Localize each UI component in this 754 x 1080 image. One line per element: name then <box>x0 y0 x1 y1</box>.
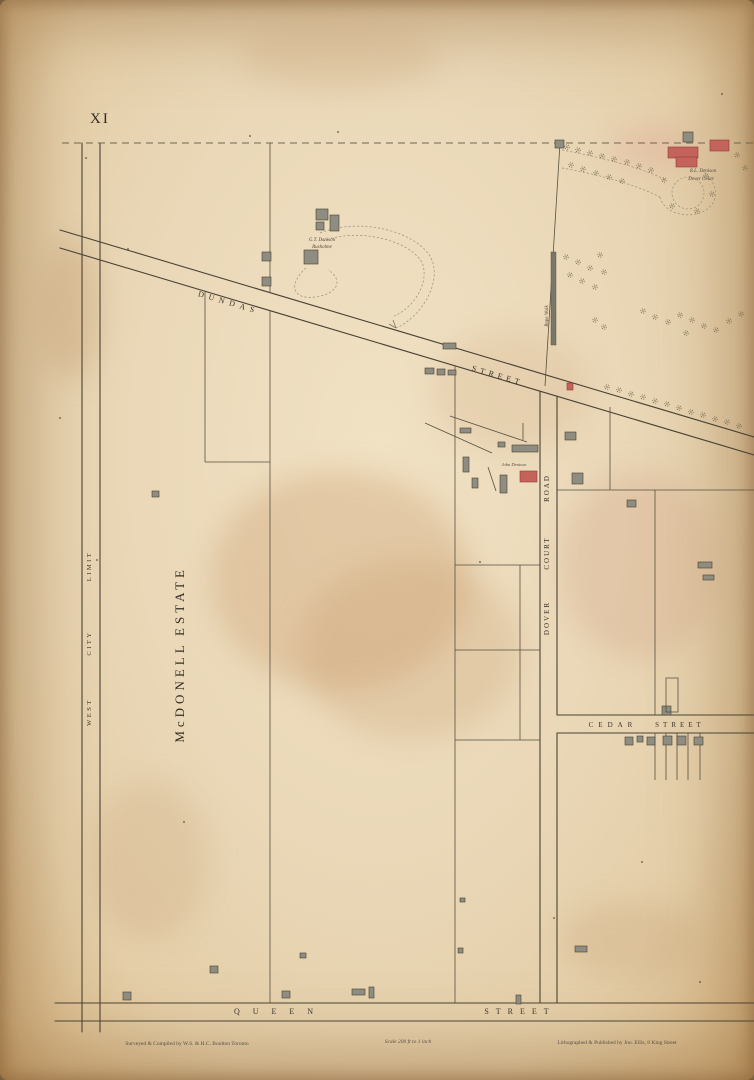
tree-icon <box>595 172 596 173</box>
paper-speck <box>699 981 701 983</box>
tree-icon <box>711 193 712 194</box>
queen-street-suffix-label: STREET <box>484 1007 555 1016</box>
building-gray <box>637 736 643 742</box>
dovercourt-drive-1 <box>562 150 666 180</box>
building-gray <box>694 737 703 745</box>
dover-court-road-label-word-court: COURT <box>543 536 551 569</box>
rope-walk-building <box>551 252 556 345</box>
building-red <box>668 147 698 158</box>
paper-speck <box>127 248 129 250</box>
tree-icon <box>726 421 727 422</box>
building-gray <box>458 948 463 953</box>
dundas-street-line-north <box>60 230 754 437</box>
tree-icon <box>691 319 692 320</box>
paper-speck <box>337 131 339 133</box>
mcdonell-estate-label-word-estate: ESTATE <box>172 566 187 636</box>
tree-icon <box>690 411 691 412</box>
tree-icon <box>603 271 604 272</box>
plate-number: XI <box>90 111 110 127</box>
tree-icon <box>728 320 729 321</box>
rusholme-owner-label: G.T. Denison <box>309 238 336 243</box>
west-city-limit-label-word-city: CITY <box>86 630 93 655</box>
caption-publisher: Lithographed & Published by Jno. Ellis, … <box>557 1040 677 1046</box>
west-city-limit-label-word-west: WEST <box>86 698 93 726</box>
building-gray <box>647 737 655 745</box>
building-gray <box>627 500 636 507</box>
building-gray <box>463 457 469 472</box>
queen-street-label: QUEEN <box>234 1007 326 1016</box>
tree-icon <box>714 418 715 419</box>
tree-icon <box>630 393 631 394</box>
building-gray <box>500 475 507 493</box>
building-gray <box>262 277 271 286</box>
tree-icon <box>569 274 570 275</box>
dovercourt-owner-label: R.L. Denison <box>689 169 717 174</box>
tree-icon <box>565 256 566 257</box>
tree-icon <box>642 310 643 311</box>
tree-icon <box>667 321 668 322</box>
specks-layer <box>59 93 723 983</box>
building-gray <box>575 946 587 952</box>
rusholme-drive-loop <box>295 268 337 297</box>
building-gray <box>448 370 456 375</box>
drive-arrow-icon <box>389 320 396 328</box>
tree-icon <box>738 425 739 426</box>
tree-icon <box>654 316 655 317</box>
tree-icon <box>606 386 607 387</box>
building-gray <box>443 343 456 349</box>
building-red <box>520 471 537 482</box>
building-gray <box>625 737 633 745</box>
building-gray <box>316 222 324 230</box>
paper-speck <box>641 861 643 863</box>
driveway-paths <box>295 150 716 328</box>
paper-speck <box>553 917 555 919</box>
paper-speck <box>249 135 251 137</box>
building-gray <box>316 209 328 220</box>
building-red <box>567 383 573 390</box>
tree-icon <box>638 165 639 166</box>
buildings-layer <box>123 132 729 1004</box>
tree-icon <box>626 161 627 162</box>
tree-icon <box>702 414 703 415</box>
tree-icon <box>577 261 578 262</box>
tree-icon <box>678 407 679 408</box>
tree-icon <box>715 329 716 330</box>
rope-walk-label: Rope Walk <box>545 305 550 328</box>
tree-icon <box>744 167 745 168</box>
dundas-street-line-south <box>60 248 754 455</box>
tree-icon <box>696 210 697 211</box>
building-gray <box>152 491 159 497</box>
tree-icon <box>618 389 619 390</box>
building-gray <box>210 966 218 973</box>
building-gray <box>282 991 290 998</box>
tree-icon <box>603 326 604 327</box>
building-gray <box>425 368 434 374</box>
building-gray <box>663 736 672 745</box>
tree-icon <box>570 164 571 165</box>
tree-icon <box>679 314 680 315</box>
caption-surveyor: Surveyed & Compiled by W.S. & H.C. Boult… <box>125 1041 249 1047</box>
building-gray <box>472 478 478 488</box>
building-red <box>676 157 697 167</box>
tree-icon <box>740 313 741 314</box>
lot-line-short <box>205 291 270 462</box>
paper-speck <box>721 93 723 95</box>
paper-speck <box>479 561 481 563</box>
building-gray <box>703 575 714 580</box>
tree-icon <box>642 396 643 397</box>
building-gray <box>460 898 465 902</box>
tree-icon <box>736 154 737 155</box>
map-canvas: XI DUNDAS STREET QUEEN STREET CEDAR STRE… <box>0 0 754 1080</box>
building-gray <box>662 706 671 715</box>
tree-icon <box>599 254 600 255</box>
building-gray <box>572 473 583 484</box>
building-gray <box>698 562 712 568</box>
trees-layer <box>564 145 747 428</box>
tree-icon <box>601 155 602 156</box>
building-gray <box>330 215 339 231</box>
tree-icon <box>654 400 655 401</box>
tree-icon <box>666 403 667 404</box>
building-gray <box>460 428 471 433</box>
tree-icon <box>703 325 704 326</box>
west-city-limit-label-word-limit: LIMIT <box>86 551 93 582</box>
building-gray <box>677 736 686 745</box>
east-block-lines <box>557 407 754 715</box>
building-red <box>710 140 729 151</box>
cedar-street-label: CEDAR <box>589 721 638 729</box>
tree-icon <box>582 168 583 169</box>
block-division-lines <box>455 565 540 740</box>
tree-icon <box>671 205 672 206</box>
dundas-street-label: DUNDAS <box>197 289 260 316</box>
building-gray <box>565 432 576 440</box>
tree-icon <box>589 267 590 268</box>
tree-icon <box>581 280 582 281</box>
paper-speck <box>85 157 87 159</box>
dovercourt-name-label: Dover Court <box>687 177 714 182</box>
dovercourt-drive-2 <box>562 168 660 197</box>
building-gray <box>304 250 318 264</box>
dover-court-road-label-word-road: ROAD <box>543 474 551 502</box>
tree-icon <box>608 176 609 177</box>
building-gray <box>352 989 365 995</box>
lot-lines <box>205 143 754 1003</box>
building-gray <box>123 992 131 1000</box>
paper-speck <box>59 417 61 419</box>
tree-icon <box>589 152 590 153</box>
tree-icon <box>594 286 595 287</box>
dundas-street-suffix-label: STREET <box>471 364 525 388</box>
rusholme-name-label: Rusholme <box>311 245 333 250</box>
building-gray <box>516 995 521 1004</box>
building-gray <box>512 445 538 452</box>
map-sheet: XI DUNDAS STREET QUEEN STREET CEDAR STRE… <box>0 0 754 1080</box>
tree-icon <box>663 179 664 180</box>
tree-icon <box>650 169 651 170</box>
dover-court-road-label-word-dover: DOVER <box>543 601 551 635</box>
paper-speck <box>183 821 185 823</box>
building-gray <box>498 442 505 447</box>
tree-icon <box>594 319 595 320</box>
caption-scale: Scale 200 ft to 1 inch <box>385 1038 432 1045</box>
building-gray <box>437 369 445 375</box>
street-lines <box>55 143 754 1032</box>
john-denison-label: John Denison <box>502 462 528 467</box>
mcdonell-estate-label-word-mcdonell: McDONELL <box>172 641 187 742</box>
rusholme-drive-inner <box>323 235 424 316</box>
building-gray <box>300 953 306 958</box>
building-gray <box>683 132 693 142</box>
building-gray <box>262 252 271 261</box>
cedar-street-suffix-label: STREET <box>655 721 705 729</box>
building-gray <box>555 140 564 148</box>
tree-icon <box>621 180 622 181</box>
building-gray <box>369 987 374 998</box>
tree-icon <box>577 149 578 150</box>
tree-icon <box>613 158 614 159</box>
paper-speck <box>96 559 98 561</box>
tree-icon <box>685 332 686 333</box>
tree-icon <box>566 146 567 147</box>
